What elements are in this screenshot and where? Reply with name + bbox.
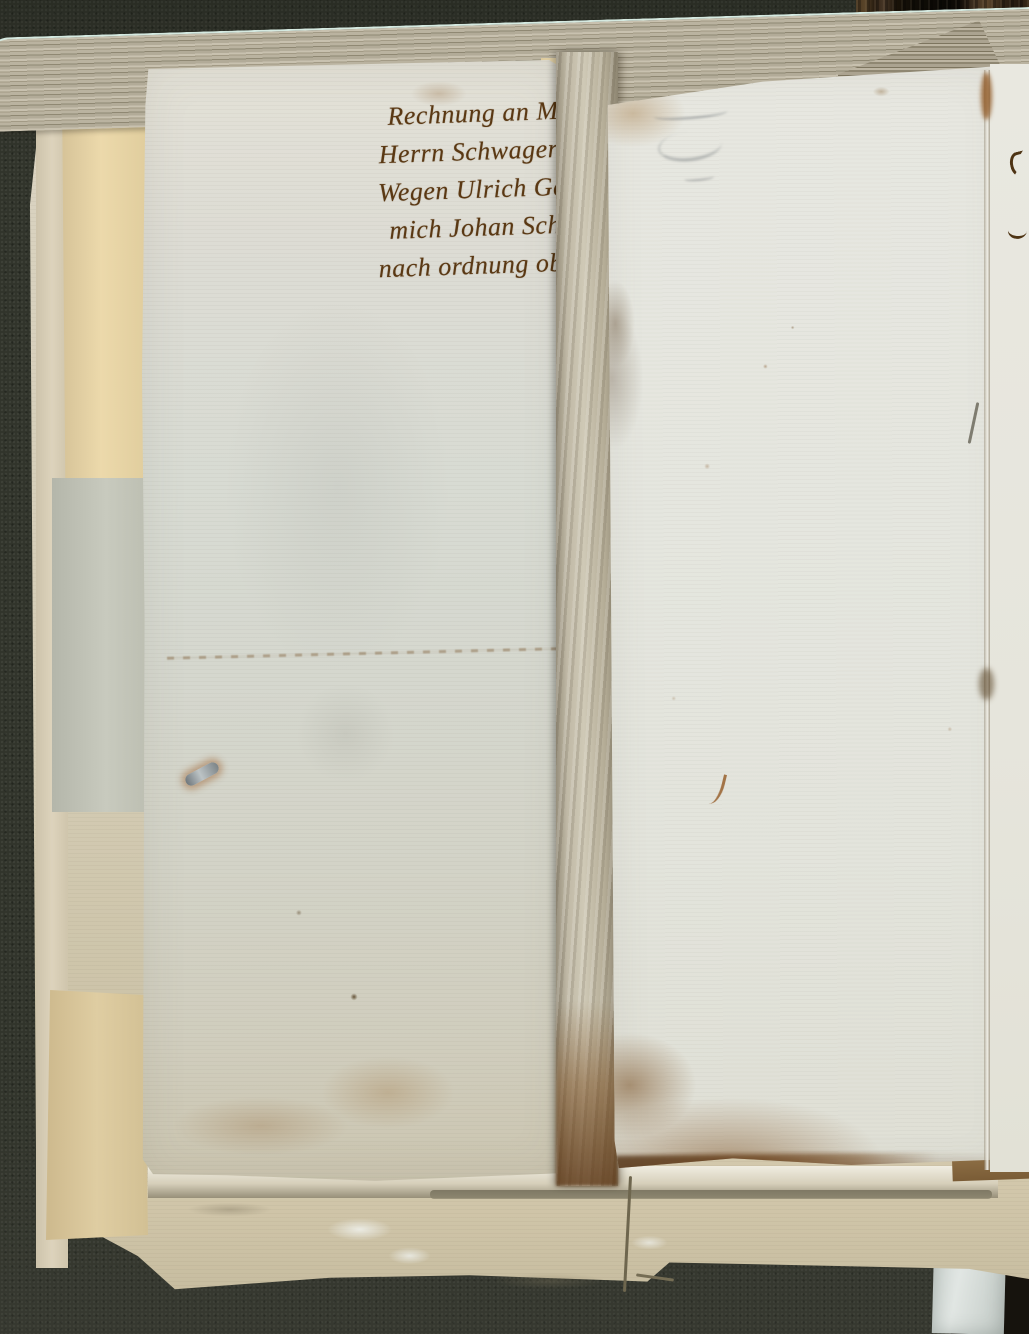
ink-pen-stroke — [1007, 150, 1028, 177]
left-folded-document: Rechnung an Meine Herrn Schwager Herrn W… — [142, 60, 566, 1182]
page-beyond-fold — [990, 64, 1029, 1172]
left-page-edge-tan-upper — [62, 86, 148, 500]
water-stain-centre-bottom — [556, 1001, 618, 1186]
chalky-wear-patches — [30, 1170, 1029, 1302]
left-page-edge-gray — [52, 478, 150, 812]
vertical-fold-crease — [984, 70, 990, 1170]
foxing-spots-overlay — [605, 66, 1009, 1173]
archival-photo: Rechnung an Meine Herrn Schwager Herrn W… — [0, 0, 1029, 1334]
right-folded-document — [605, 66, 1009, 1173]
ink-pen-stroke — [1007, 221, 1028, 240]
crease-smudge — [979, 668, 994, 700]
crease-stain-top — [981, 72, 992, 120]
